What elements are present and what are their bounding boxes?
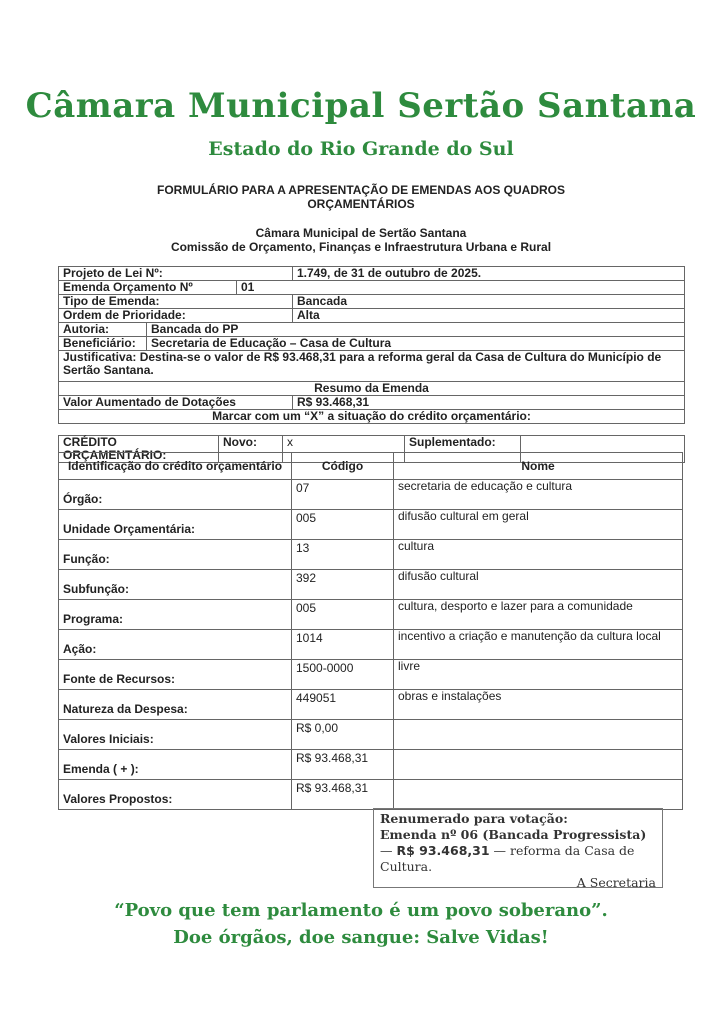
row-name xyxy=(394,750,683,780)
row-name xyxy=(394,780,683,810)
row-label: Fonte de Recursos: xyxy=(59,660,292,690)
row-label: Função: xyxy=(59,540,292,570)
ordem-row: Ordem de Prioridade: Alta xyxy=(59,309,685,323)
resumo-title: Resumo da Emenda xyxy=(59,382,685,396)
row-name: incentivo a criação e manutenção da cult… xyxy=(394,630,683,660)
row-code: 392 xyxy=(292,570,394,600)
beneficiario-label: Beneficiário: xyxy=(59,337,147,351)
autoria-row: Autoria: Bancada do PP xyxy=(59,323,685,337)
marcar-instruction: Marcar com um “X” a situação do crédito … xyxy=(59,410,685,424)
row-code: R$ 0,00 xyxy=(292,720,394,750)
projeto-row: Projeto de Lei Nº: 1.749, de 31 de outub… xyxy=(59,267,685,281)
tipo-label: Tipo de Emenda: xyxy=(59,295,293,309)
row-name: livre xyxy=(394,660,683,690)
form-title: FORMULÁRIO PARA A APRESENTAÇÃO DE EMENDA… xyxy=(0,183,722,211)
ordem-label: Ordem de Prioridade: xyxy=(59,309,293,323)
row-code: 13 xyxy=(292,540,394,570)
tipo-row: Tipo de Emenda: Bancada xyxy=(59,295,685,309)
row-name: cultura xyxy=(394,540,683,570)
row-label: Unidade Orçamentária: xyxy=(59,510,292,540)
valor-label: Valor Aumentado de Dotações xyxy=(59,396,293,410)
row-label: Valores Propostos: xyxy=(59,780,292,810)
autoria-value: Bancada do PP xyxy=(147,323,685,337)
credit-table-row: Fonte de Recursos:1500-0000livre xyxy=(59,660,683,690)
credit-table-row: Ação:1014incentivo a criação e manutençã… xyxy=(59,630,683,660)
valor-value: R$ 93.468,31 xyxy=(293,396,685,410)
emenda-value: 01 xyxy=(237,281,685,295)
footer-slogan: Doe órgãos, doe sangue: Salve Vidas! xyxy=(0,927,722,948)
emenda-row: Emenda Orçamento Nº 01 xyxy=(59,281,685,295)
beneficiario-row: Beneficiário: Secretaria de Educação – C… xyxy=(59,337,685,351)
row-code: 005 xyxy=(292,600,394,630)
row-name: obras e instalações xyxy=(394,690,683,720)
credit-table-row: Valores Iniciais:R$ 0,00 xyxy=(59,720,683,750)
row-label: Emenda ( + ): xyxy=(59,750,292,780)
stamp-signature: A Secretaria xyxy=(380,875,656,891)
header-nome: Nome xyxy=(394,453,683,480)
row-code: 449051 xyxy=(292,690,394,720)
projeto-label: Projeto de Lei Nº: xyxy=(59,267,293,281)
org-line2: Comissão de Orçamento, Finanças e Infrae… xyxy=(0,240,722,254)
justificativa-row: Justificativa: Destina-se o valor de R$ … xyxy=(59,351,685,382)
ordem-value: Alta xyxy=(293,309,685,323)
footer-motto: “Povo que tem parlamento é um povo sober… xyxy=(0,900,722,921)
row-label: Órgão: xyxy=(59,480,292,510)
row-code: 1014 xyxy=(292,630,394,660)
credit-table-row: Valores Propostos:R$ 93.468,31 xyxy=(59,780,683,810)
beneficiario-value: Secretaria de Educação – Casa de Cultura xyxy=(147,337,685,351)
credit-table-row: Unidade Orçamentária:005difusão cultural… xyxy=(59,510,683,540)
credit-table-row: Subfunção:392difusão cultural xyxy=(59,570,683,600)
credit-identification-table: Identificação do crédito orçamentário Có… xyxy=(58,452,683,810)
row-label: Ação: xyxy=(59,630,292,660)
credit-table-row: Emenda ( + ):R$ 93.468,31 xyxy=(59,750,683,780)
resumo-title-row: Resumo da Emenda xyxy=(59,382,685,396)
header-identificacao: Identificação do crédito orçamentário xyxy=(59,453,292,480)
credit-table-row: Função:13cultura xyxy=(59,540,683,570)
row-name: difusão cultural xyxy=(394,570,683,600)
stamp-amount: R$ 93.468,31 xyxy=(396,843,489,858)
tipo-value: Bancada xyxy=(293,295,685,309)
valor-row: Valor Aumentado de Dotações R$ 93.468,31 xyxy=(59,396,685,410)
autoria-label: Autoria: xyxy=(59,323,147,337)
row-name xyxy=(394,720,683,750)
org-line1: Câmara Municipal de Sertão Santana xyxy=(0,226,722,240)
form-title-line1: FORMULÁRIO PARA A APRESENTAÇÃO DE EMENDA… xyxy=(0,183,722,197)
credit-table-row: Programa:005cultura, desporto e lazer pa… xyxy=(59,600,683,630)
chamber-title: Câmara Municipal Sertão Santana xyxy=(0,86,722,126)
row-code: 1500-0000 xyxy=(292,660,394,690)
row-label: Programa: xyxy=(59,600,292,630)
credit-table-row: Órgão:07secretaria de educação e cultura xyxy=(59,480,683,510)
stamp-line1: Renumerado para votação: xyxy=(380,811,656,827)
row-label: Subfunção: xyxy=(59,570,292,600)
row-name: difusão cultural em geral xyxy=(394,510,683,540)
stamp-line3: — R$ 93.468,31 — reforma da Casa de Cult… xyxy=(380,843,656,875)
row-name: cultura, desporto e lazer para a comunid… xyxy=(394,600,683,630)
header-codigo: Código xyxy=(292,453,394,480)
justificativa-text: Justificativa: Destina-se o valor de R$ … xyxy=(59,351,685,382)
amendment-info-table: Projeto de Lei Nº: 1.749, de 31 de outub… xyxy=(58,266,685,424)
row-code: 005 xyxy=(292,510,394,540)
form-title-line2: ORÇAMENTÁRIOS xyxy=(0,197,722,211)
credit-table-row: Natureza da Despesa:449051obras e instal… xyxy=(59,690,683,720)
marcar-row: Marcar com um “X” a situação do crédito … xyxy=(59,410,685,424)
organization-heading: Câmara Municipal de Sertão Santana Comis… xyxy=(0,226,722,254)
row-label: Natureza da Despesa: xyxy=(59,690,292,720)
renumbering-stamp: Renumerado para votação: Emenda nº 06 (B… xyxy=(373,808,663,888)
row-code: 07 xyxy=(292,480,394,510)
row-code: R$ 93.468,31 xyxy=(292,780,394,810)
row-name: secretaria de educação e cultura xyxy=(394,480,683,510)
row-code: R$ 93.468,31 xyxy=(292,750,394,780)
row-label: Valores Iniciais: xyxy=(59,720,292,750)
emenda-label: Emenda Orçamento Nº xyxy=(59,281,237,295)
state-subtitle: Estado do Rio Grande do Sul xyxy=(0,138,722,160)
stamp-line2: Emenda nº 06 (Bancada Progressista) xyxy=(380,827,656,843)
projeto-value: 1.749, de 31 de outubro de 2025. xyxy=(293,267,685,281)
credit-table-header: Identificação do crédito orçamentário Có… xyxy=(59,453,683,480)
stamp-dash: — xyxy=(380,843,396,858)
